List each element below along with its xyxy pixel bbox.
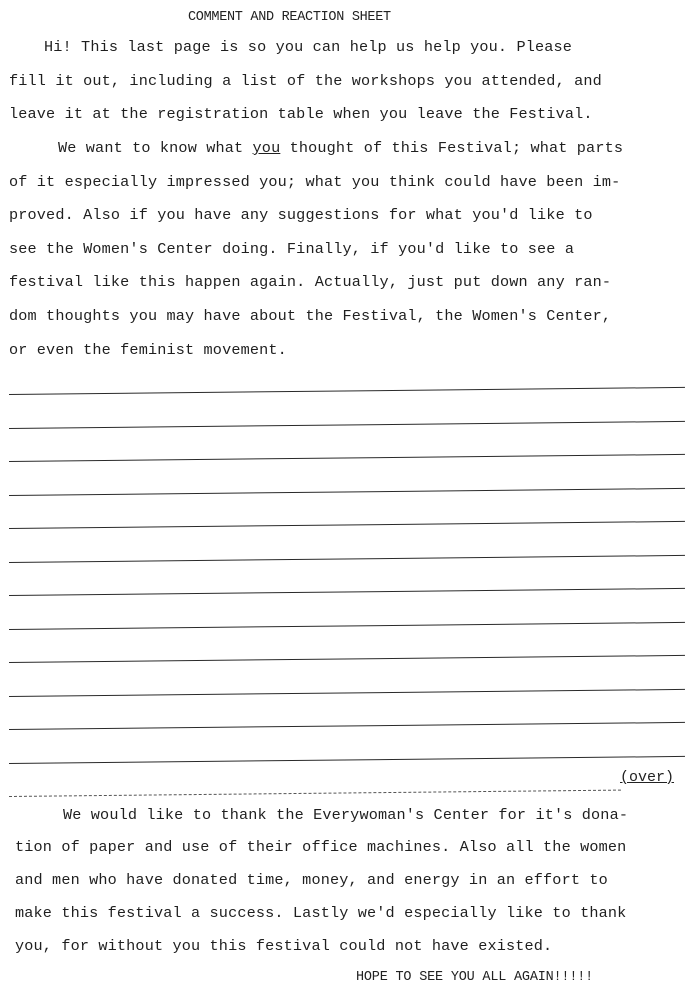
thanks-line: make this festival a success. Lastly we'… bbox=[15, 904, 626, 922]
text-fragment: thought of this Festival; what parts bbox=[280, 139, 623, 157]
intro-line: Hi! This last page is so you can help us… bbox=[44, 38, 572, 56]
response-line[interactable] bbox=[9, 420, 685, 428]
paragraph-line: proved. Also if you have any suggestions… bbox=[9, 206, 593, 224]
closing-message: HOPE TO SEE YOU ALL AGAIN!!!!! bbox=[356, 970, 593, 985]
response-line[interactable] bbox=[9, 655, 685, 663]
paragraph-line: dom thoughts you may have about the Fest… bbox=[9, 307, 611, 325]
response-line[interactable] bbox=[9, 755, 685, 763]
text-fragment: We want to know what bbox=[58, 139, 253, 157]
response-line[interactable] bbox=[9, 554, 685, 562]
response-line[interactable] bbox=[9, 387, 685, 395]
paragraph-line: or even the feminist movement. bbox=[9, 341, 287, 359]
thanks-line: you, for without you this festival could… bbox=[15, 937, 552, 955]
emphasized-you: you bbox=[253, 139, 281, 157]
thanks-line: tion of paper and use of their office ma… bbox=[15, 838, 626, 856]
intro-line: leave it at the registration table when … bbox=[9, 105, 593, 123]
paragraph-line: see the Women's Center doing. Finally, i… bbox=[9, 240, 574, 258]
response-line[interactable] bbox=[9, 454, 685, 462]
paragraph-line: festival like this happen again. Actuall… bbox=[9, 273, 611, 291]
response-line[interactable] bbox=[9, 588, 685, 596]
thanks-line: We would like to thank the Everywoman's … bbox=[63, 806, 628, 824]
response-line[interactable] bbox=[9, 688, 685, 696]
intro-line: fill it out, including a list of the wor… bbox=[9, 72, 602, 90]
response-line[interactable] bbox=[9, 487, 685, 495]
page-title: COMMENT AND REACTION SHEET bbox=[188, 10, 391, 25]
paragraph-line: of it especially impressed you; what you… bbox=[9, 173, 620, 191]
response-line[interactable] bbox=[9, 521, 685, 529]
paragraph-line: We want to know what you thought of this… bbox=[58, 139, 623, 157]
separator-line bbox=[9, 790, 621, 797]
over-label: (over) bbox=[620, 769, 674, 786]
comment-sheet-page: COMMENT AND REACTION SHEET Hi! This last… bbox=[0, 0, 700, 989]
thanks-line: and men who have donated time, money, an… bbox=[15, 871, 608, 889]
response-line[interactable] bbox=[9, 722, 685, 730]
response-line[interactable] bbox=[9, 621, 685, 629]
